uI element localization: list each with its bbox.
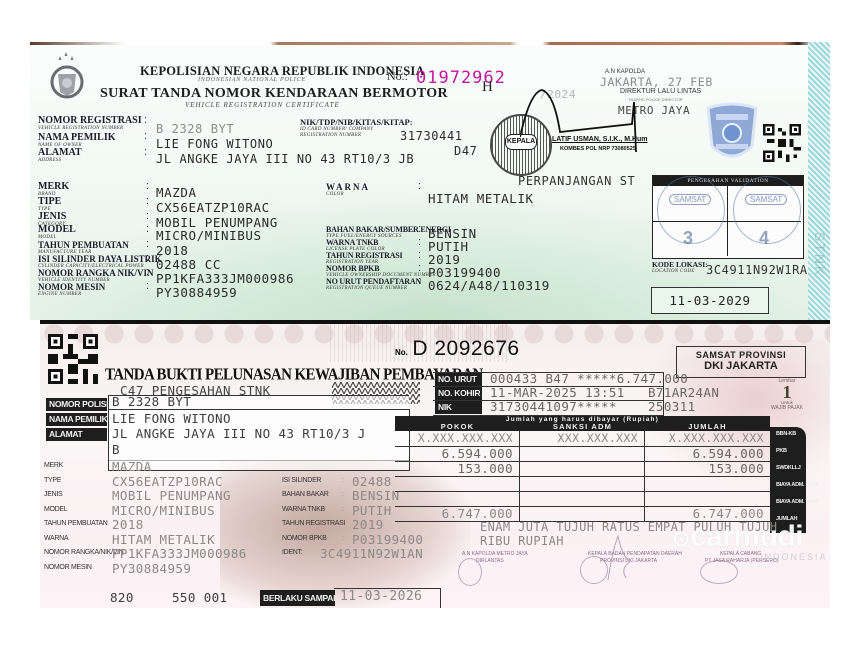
payment-cell-sanksi: [520, 491, 645, 506]
field-label: TAHUN PEMBUATAN: [38, 240, 129, 250]
payment-cell-jumlah: X.XXX.XXX.XXX: [645, 431, 770, 446]
document-title: SURAT TANDA NOMOR KENDARAAN BERMOTOR: [100, 86, 448, 102]
side-label: BIAYA ADM. STNK: [776, 482, 819, 488]
colon: :: [418, 180, 421, 192]
colon: :: [342, 535, 344, 542]
field-sublabel: COLOR: [326, 192, 370, 198]
colon: :: [144, 130, 147, 142]
payment-row: 153.000153.000: [395, 461, 770, 477]
payment-cell-sanksi: [520, 446, 645, 461]
vehicle-field-label-group: WARNACOLOR: [326, 182, 370, 198]
lembar-block: Lembar 1 Untuk WAJIB PAJAK: [762, 378, 812, 411]
samsat-stamp-label: SAMSAT: [745, 194, 787, 205]
colon: :: [144, 114, 147, 126]
field-sublabel: ENGINE NUMBER: [38, 292, 105, 298]
police-hologram-icon: [702, 100, 762, 166]
side-label: SWDKLLJ: [776, 465, 800, 471]
field-label: MODEL: [44, 506, 67, 513]
colon: :: [146, 280, 149, 292]
vehicle-value-isi-silinder-daya-listrik: 02488 CC: [156, 257, 221, 272]
nik-extra: 250311: [648, 399, 696, 414]
no-kohir-value: 11-MAR-2025 13:51: [490, 385, 625, 400]
payment-cell-pokok: [395, 491, 520, 506]
payment-row: [395, 491, 770, 507]
field-label: NOMOR REGISTRASI: [38, 116, 142, 126]
perpanjangan-text: PERPANJANGAN ST: [518, 174, 635, 188]
colon: :: [418, 236, 421, 248]
car-icon: ⊙: [672, 526, 690, 551]
nik-value: 31730441097*****: [490, 399, 617, 414]
payment-cell-jumlah: 153.000: [645, 461, 770, 476]
vehicle-value-warna: HITAM METALIK: [112, 532, 215, 547]
card-edge: [30, 42, 830, 45]
vehicle-value-merk: MAZDA: [112, 459, 152, 474]
field-label: ISI SILINDER DAYA LISTRIK: [38, 254, 162, 264]
colon: :: [418, 223, 421, 235]
vehicle-value-nomor-rangka-nik-vin: PP1KFA333JM000986: [156, 271, 294, 286]
side-label: PKB: [776, 448, 787, 454]
agency-name-en: INDONESIAN NATIONAL POLICE: [198, 77, 306, 83]
vehicle-field-label-group: NO URUT PENDAFTARANREGISTRATION QUEUE NU…: [326, 277, 421, 292]
validation-box: PENGESAHAN VALIDATION SAMSAT SAMSAT 3 4: [652, 175, 804, 259]
samsat-box: SAMSAT PROVINSI DKI JAKARTA: [676, 346, 806, 378]
document-number: No. D 2092676: [395, 337, 520, 361]
label-nik: NIK: [435, 401, 482, 414]
qr-code-icon: [763, 124, 801, 162]
vehicle-value-warna: HITAM METALIK: [428, 191, 534, 206]
field-label: NOMOR MESIN: [44, 564, 92, 571]
field-alamat: ALAMAT ADDRESS: [38, 148, 82, 164]
code-550: 550 001: [172, 590, 227, 605]
colon: :: [146, 195, 149, 207]
payment-receipt-card: TANDA BUKTI PELUNASAN KEWAJIBAN PEMBAYAR…: [40, 320, 830, 608]
field-sublabel: ID CARD NUMBER/ COMPANY REGISTRATION NUM…: [300, 127, 385, 139]
field-label: ISI SILINDER: [282, 477, 321, 484]
stnk-card: KEPOLISIAN NEGARA REPUBLIK INDONESIA IND…: [30, 42, 830, 320]
serial-label: No.:: [387, 69, 408, 84]
vehicle-value-tipe: CX56EATZP10RAC: [156, 200, 270, 215]
doc-no-label: No.: [395, 348, 408, 357]
payment-side-labels: BBN-KBPKBSWDKLLJBIAYA ADM. STNKBIAYA ADM…: [770, 427, 806, 533]
field-label: TAHUN REGISTRASI: [282, 520, 345, 527]
qr-code-icon: [48, 334, 98, 384]
expire-date-value: 11-03-2029: [669, 293, 750, 308]
colon: :: [418, 262, 421, 274]
vehicle-value-merk: MAZDA: [156, 185, 197, 200]
address-value: JL ANGKE JAYA III NO 43 RT10/3 J: [112, 426, 366, 441]
field-sublabel: ADDRESS: [38, 158, 82, 164]
colon: :: [146, 223, 149, 235]
payment-cell-pokok: 6.747.000: [395, 506, 520, 521]
no-kohir-extra: B71AR24AN: [648, 385, 719, 400]
signatory-1-sub: DIRLANTAS: [476, 558, 504, 564]
side-label: BIAYA ADM. TNKB: [776, 499, 820, 505]
field-label: NOMOR RANGKA NIK/VIN: [38, 268, 154, 278]
colon: :: [418, 275, 421, 287]
side-label: BBN-KB: [776, 431, 796, 437]
vehicle-value-model: MICRO/MINIBUS: [112, 503, 215, 518]
payment-cell-jumlah: [645, 476, 770, 491]
field-label: MERK: [38, 182, 69, 192]
field-label: NO URUT PENDAFTARAN: [326, 277, 421, 286]
field-label: NAMA PEMILIK: [38, 133, 116, 143]
location-code-sublabel: LOCATION CODE: [652, 269, 708, 275]
label-no-kohir: NO. KOHIR: [435, 387, 482, 400]
payment-table: Jumlah yang harus dibayar (Rupiah) POKOK…: [395, 416, 770, 521]
location-code-label-group: KODE LOKASI: LOCATION CODE: [652, 260, 708, 275]
vehicle-value-type: CX56EATZP10RAC: [112, 474, 223, 489]
lembar-number: 1: [762, 384, 812, 400]
vehicle-field-label-group: MODELMODEL: [38, 225, 76, 241]
police-number-value: B 2328 BYT: [112, 394, 191, 409]
signature-scribble: [600, 532, 640, 582]
vehicle-value-isi-silinder: 02488: [352, 474, 392, 489]
field-label: TAHUN REGISTRASI: [326, 251, 402, 260]
samsat-line2: DKI JAKARTA: [677, 360, 805, 372]
payment-column-headers: POKOKSANKSI ADMJUMLAH: [395, 423, 770, 431]
watermark-country: INDONESIA: [760, 552, 828, 562]
colon: :: [342, 506, 344, 513]
vehicle-value-nomor-bpkb: P03199400: [352, 532, 423, 547]
payment-cell-pokok: 153.000: [395, 461, 520, 476]
colon: :: [418, 249, 421, 261]
colon: :: [146, 180, 149, 192]
payment-cell-sanksi: XXX.XXX.XXX: [520, 431, 645, 446]
expire-date-box: 11-03-2029: [651, 287, 769, 314]
document-title-en: VEHICLE REGISTRATION CERTIFICATE: [185, 101, 340, 109]
lembar-sub2: WAJIB PAJAK: [762, 405, 812, 411]
vehicle-value-model: MICRO/MINIBUS: [156, 228, 262, 243]
vehicle-value-nomor-rangka-nik-vin: PP1KFA333JM000986: [112, 546, 247, 561]
doc-no-value: D 2092676: [412, 337, 519, 360]
colon: :: [342, 477, 344, 484]
field-label: WARNA: [326, 182, 370, 192]
field-sublabel: REGISTRATION QUEUE NUMBER: [326, 286, 421, 292]
colon: :: [146, 210, 149, 222]
payment-cell-jumlah: 6.594.000: [645, 446, 770, 461]
validation-number: 3: [683, 228, 693, 249]
column-header: JUMLAH: [645, 423, 770, 431]
stnk-side-text: STNK: [812, 232, 828, 277]
field-label: NOMOR BPKB: [282, 535, 326, 542]
payment-cell-pokok: [395, 476, 520, 491]
registration-number-value: B 2328 BYT: [156, 122, 234, 136]
vehicle-value-no-urut-pendaftaran: 0624/A48/110319: [428, 278, 550, 293]
payment-cell-pokok: X.XXX.XXX.XXX: [395, 431, 520, 446]
vehicle-value-nomor-mesin: PY30884959: [112, 561, 191, 576]
h-mark: H: [482, 79, 493, 96]
field-label: IDENT:: [282, 549, 302, 556]
field-label: MODEL: [38, 225, 76, 235]
signature-scribble: [520, 82, 670, 154]
validation-number: 4: [759, 228, 769, 249]
vehicle-value-nomor-mesin: PY30884959: [156, 285, 237, 300]
code-820: 820: [110, 590, 134, 605]
expire-date-value: 11-03-2026: [340, 589, 422, 604]
label-nama-pemilik: NAMA PEMILIK: [46, 413, 107, 426]
field-label: JENIS: [44, 491, 62, 498]
nik-value: 31730441: [400, 129, 463, 143]
payment-cell-pokok: 6.594.000: [395, 446, 520, 461]
field-label: WARNA: [44, 535, 68, 542]
colon: :: [146, 252, 149, 264]
field-label: WARNA TNKB: [282, 506, 325, 513]
location-code-value: 3C4911N92W1RA: [706, 263, 808, 277]
field-nomor-registrasi: NOMOR REGISTRASI VEHICLE REGISTRATION NU…: [38, 116, 142, 132]
vehicle-value-bahan-bakar: BENSIN: [352, 488, 400, 503]
police-crest-icon: [44, 50, 90, 100]
colon: :: [146, 266, 149, 278]
payment-row: [395, 476, 770, 492]
payment-row: X.XXX.XXX.XXXXXX.XXX.XXXX.XXX.XXX.XXX: [395, 431, 770, 447]
amount-in-words-2: RIBU RUPIAH: [480, 534, 564, 548]
owner-name-value: LIE FONG WITONO: [156, 137, 273, 151]
field-label: WARNA TNKB: [326, 238, 385, 247]
payment-cell-sanksi: [520, 506, 645, 521]
vehicle-value-ident-: 3C4911N92W1AN: [320, 546, 423, 561]
field-label: TYPE: [44, 477, 61, 484]
expire-label: BERLAKU SAMPAI: [260, 590, 335, 606]
signature-name: LATIF USMAN, S.I.K., M.Hum: [552, 136, 648, 143]
signature-rank: KOMBES POL NRP 73080525: [560, 146, 636, 152]
address-value: JL ANGKE JAYA III NO 43 RT10/3 JB: [156, 152, 414, 166]
samsat-stamp-label: SAMSAT: [669, 194, 711, 205]
watermark-brand: ⊙carmudi: [672, 520, 803, 554]
watermark-text: carmudi: [690, 520, 803, 553]
no-urut-value: 000433 B47 *****6.747.000: [490, 371, 688, 386]
payment-cell-sanksi: [520, 461, 645, 476]
field-label: MERK: [44, 462, 63, 469]
address-line2-value: B: [112, 442, 120, 457]
payment-row: 6.594.0006.594.000: [395, 446, 770, 462]
signatory-1-title: A.N KAPOLDA METRO JAYA: [462, 551, 528, 557]
field-label: TIPE: [38, 197, 61, 207]
colon: :: [342, 491, 344, 498]
address-line2-value: D47: [454, 144, 477, 158]
field-label: JENIS: [38, 212, 66, 222]
payment-cell-sanksi: [520, 476, 645, 491]
colon: :: [146, 238, 149, 250]
colon: :: [144, 146, 147, 158]
field-label: ALAMAT: [38, 148, 82, 158]
column-header: SANKSI ADM: [520, 423, 645, 431]
field-label: NOMOR MESIN: [38, 282, 105, 292]
vehicle-field-label-group: NOMOR MESINENGINE NUMBER: [38, 282, 105, 298]
field-label: NIK/TDP/NIB/KITAS/KITAP:: [300, 117, 413, 127]
label-alamat: ALAMAT: [46, 428, 107, 441]
guilloche-pattern: [808, 42, 830, 320]
vehicle-value-tahun-registrasi: 2019: [352, 517, 384, 532]
samsat-line1: SAMSAT PROVINSI: [677, 350, 805, 360]
colon: :: [342, 520, 344, 527]
field-label: BAHAN BAKAR: [282, 491, 329, 498]
vehicle-value-tahun-pembuatan: 2018: [112, 517, 144, 532]
vehicle-value-jenis: MOBIL PENUMPANG: [112, 488, 231, 503]
payment-cell-jumlah: [645, 491, 770, 506]
location-code-label: KODE LOKASI:: [652, 260, 708, 269]
field-label: TAHUN PEMBUATAN: [44, 520, 108, 527]
owner-name-value: LIE FONG WITONO: [112, 411, 231, 426]
label-no-urut: NO. URUT: [435, 373, 482, 386]
vehicle-value-warna-tnkb: PUTIH: [352, 503, 392, 518]
payment-cell-jumlah: 6.747.000: [645, 506, 770, 521]
column-header: POKOK: [395, 423, 520, 431]
label-nomor-polisi: NOMOR POLISI: [46, 398, 107, 411]
field-nik: NIK/TDP/NIB/KITAS/KITAP: ID CARD NUMBER/…: [300, 117, 413, 139]
